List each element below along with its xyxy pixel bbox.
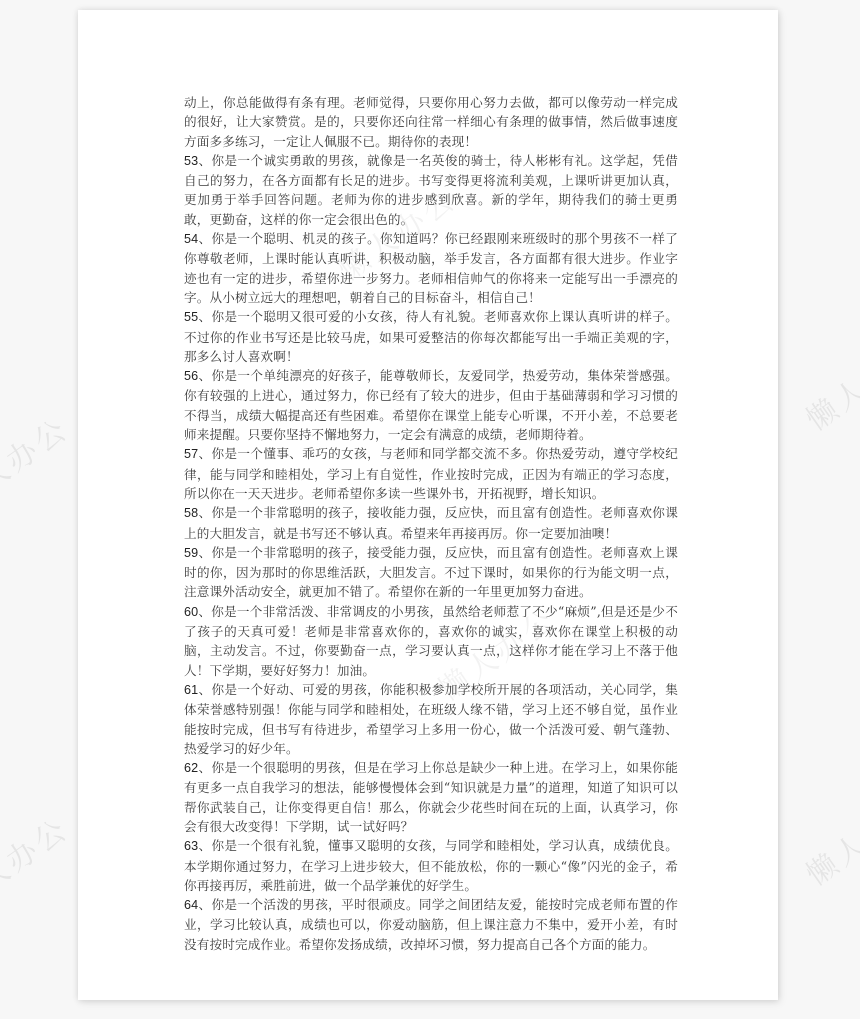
comment-number: 53 <box>184 154 198 168</box>
comment-text: 、你是一个诚实勇敢的男孩，就像是一名英俊的骑士，待人彬彬有礼。这学起，凭借自己的… <box>184 153 678 227</box>
comment-text: 、你是一个很有礼貌，懂事又聪明的女孩，与同学和睦相处，学习认真，成绩优良。本学期… <box>184 838 678 893</box>
comment-paragraph: 55、你是一个聪明又很可爱的小女孩，待人有礼貌。老师喜欢你上课认真听讲的样子。不… <box>184 307 678 366</box>
comment-paragraph: 56、你是一个单纯漂亮的好孩子，能尊敬师长，友爱同学，热爱劳动，集体荣誉感强。你… <box>184 366 678 444</box>
comment-text: 、你是一个非常活泼、非常调皮的小男孩，虽然给老师惹了不少“麻烦”,但是还是少不了… <box>184 604 678 678</box>
comment-text: 、你是一个聪明又很可爱的小女孩，待人有礼貌。老师喜欢你上课认真听讲的样子。不过你… <box>184 309 678 364</box>
comment-paragraph: 60、你是一个非常活泼、非常调皮的小男孩，虽然给老师惹了不少“麻烦”,但是还是少… <box>184 602 678 680</box>
comment-text: 、你是一个非常聪明的孩子，接收能力强，反应快，而且富有创造性。老师喜欢你课上的大… <box>184 505 678 540</box>
comment-text: 、你是一个活泼的男孩，平时很顽皮。同学之间团结友爱，能按时完成老师布置的作业，学… <box>184 897 678 952</box>
comment-text: 、你是一个很聪明的男孩，但是在学习上你总是缺少一种上进。在学习上，如果你能有更多… <box>184 760 678 834</box>
comment-number: 56 <box>184 369 198 383</box>
watermark: 懒人办公 <box>0 805 76 919</box>
comment-paragraph: 53、你是一个诚实勇敢的男孩，就像是一名英俊的骑士，待人彬彬有礼。这学起，凭借自… <box>184 151 678 229</box>
comment-number: 61 <box>184 683 198 697</box>
comment-number: 64 <box>184 898 198 912</box>
document-body: 动上，你总能做得有条有理。老师觉得，只要你用心努力去做，都可以像劳动一样完成的很… <box>184 93 678 954</box>
comment-paragraph: 57、你是一个懂事、乖巧的女孩，与老师和同学都交流不多。你热爱劳动，遵守学校纪律… <box>184 444 678 503</box>
comment-number: 55 <box>184 310 198 324</box>
comment-number: 54 <box>184 232 198 246</box>
comment-text: 、你是一个好动、可爱的男孩，你能积极参加学校所开展的各项活动，关心同学，集体荣誉… <box>184 682 678 756</box>
comment-paragraph: 58、你是一个非常聪明的孩子，接收能力强，反应快，而且富有创造性。老师喜欢你课上… <box>184 503 678 543</box>
comment-paragraph: 63、你是一个很有礼貌，懂事又聪明的女孩，与同学和睦相处，学习认真，成绩优良。本… <box>184 836 678 895</box>
comment-number: 58 <box>184 506 198 520</box>
intro-paragraph: 动上，你总能做得有条有理。老师觉得，只要你用心努力去做，都可以像劳动一样完成的很… <box>184 93 678 151</box>
comment-text: 、你是一个单纯漂亮的好孩子，能尊敬师长，友爱同学，热爱劳动，集体荣誉感强。你有较… <box>184 368 678 442</box>
comment-number: 62 <box>184 761 198 775</box>
watermark: 懒人办公 <box>796 780 860 894</box>
comment-paragraph: 62、你是一个很聪明的男孩，但是在学习上你总是缺少一种上进。在学习上，如果你能有… <box>184 758 678 836</box>
comment-number: 60 <box>184 605 198 619</box>
comment-number: 63 <box>184 839 198 853</box>
comment-paragraph: 59、你是一个非常聪明的孩子，接受能力强，反应快，而且富有创造性。老师喜欢上课时… <box>184 543 678 602</box>
comment-text: 、你是一个非常聪明的孩子，接受能力强，反应快，而且富有创造性。老师喜欢上课时的你… <box>184 545 678 600</box>
comment-paragraph: 64、你是一个活泼的男孩，平时很顽皮。同学之间团结友爱，能按时完成老师布置的作业… <box>184 895 678 954</box>
comment-text: 、你是一个懂事、乖巧的女孩，与老师和同学都交流不多。你热爱劳动，遵守学校纪律，能… <box>184 446 678 501</box>
comment-paragraph: 61、你是一个好动、可爱的男孩，你能积极参加学校所开展的各项活动，关心同学，集体… <box>184 680 678 758</box>
comment-text: 、你是一个聪明、机灵的孩子。你知道吗？你已经跟刚来班级时的那个男孩不一样了你尊敬… <box>184 231 678 305</box>
watermark: 懒人办公 <box>796 325 860 439</box>
comment-paragraph: 54、你是一个聪明、机灵的孩子。你知道吗？你已经跟刚来班级时的那个男孩不一样了你… <box>184 229 678 307</box>
comment-number: 59 <box>184 546 198 560</box>
comment-number: 57 <box>184 447 198 461</box>
document-page: 懒人办公 懒人办公 动上，你总能做得有条有理。老师觉得，只要你用心努力去做，都可… <box>78 10 778 1000</box>
watermark: 懒人办公 <box>0 405 76 519</box>
